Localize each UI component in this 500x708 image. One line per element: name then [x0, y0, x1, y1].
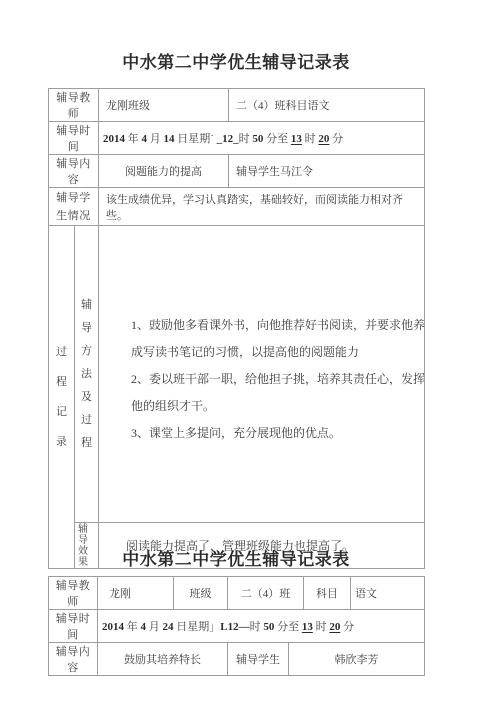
time-label: 辅导时间	[49, 122, 99, 155]
table-row: 辅导时间 2014 年 4 月 24 日星期」L12—时 50 分至 13 时 …	[49, 610, 425, 643]
method-line: 2、委以班干部一职，给他担子挑，培养其责任心，发挥	[131, 366, 412, 393]
time-value: 2014 年 4 月 14 日星期˙ _12_时 50 分至 13 时 20 分	[99, 122, 425, 155]
method-process-label: 辅导方法及过程	[75, 226, 99, 523]
student-value: 韩欣李芳	[289, 643, 425, 676]
record-table-1-title: 中水第二中学优生辅导记录表	[48, 50, 424, 76]
table-row: 辅导教师 龙刚 班级 二（4）班 科目 语文	[49, 577, 425, 610]
process-record-label: 过程记录	[49, 226, 75, 569]
student-value: 辅导学生马江令	[229, 155, 425, 188]
situation-value: 该生成绩优异，学习认真踏实，基础较好，而阅读能力相对齐些。	[99, 188, 425, 226]
table-row: 过程记录 辅导方法及过程 1、豉励他多看课外书，向他推荐好书阅读，并要求他养 成…	[49, 226, 425, 523]
table-row: 辅导时间 2014 年 4 月 14 日星期˙ _12_时 50 分至 13 时…	[49, 122, 425, 155]
scanned-document-page: 中水第二中学优生辅导记录表 辅导教师 龙刚班级 二（4）班科目语文 辅导时间 2…	[0, 0, 500, 708]
method-line: 1、豉励他多看课外书，向他推荐好书阅读，并要求他养	[131, 312, 412, 339]
tutoring-record-table-2: 辅导教师 龙刚 班级 二（4）班 科目 语文 辅导时间 2014 年 4 月 2…	[48, 576, 425, 676]
teacher-label: 辅导教师	[49, 577, 98, 610]
method-content: 1、豉励他多看课外书，向他推荐好书阅读，并要求他养 成写读书笔记的习惯，以提高他…	[101, 226, 422, 447]
student-label: 辅导学生	[228, 643, 289, 676]
record-table-2-title: 中水第二中学优生辅导记录表	[48, 547, 424, 573]
method-line: 他的组织才干。	[131, 393, 412, 420]
tutoring-record-table-1: 辅导教师 龙刚班级 二（4）班科目语文 辅导时间 2014 年 4 月 14 日…	[48, 88, 425, 569]
subject-label: 科目	[304, 577, 351, 610]
subject-value: 语文	[351, 577, 425, 610]
content-label: 辅导内容	[49, 643, 98, 676]
time-label: 辅导时间	[49, 610, 98, 643]
class-label: 班级	[174, 577, 228, 610]
table-row: 辅导教师 龙刚班级 二（4）班科目语文	[49, 89, 425, 122]
content-label: 辅导内容	[49, 155, 99, 188]
situation-label: 辅导学生情况	[49, 188, 99, 226]
teacher-value: 龙刚	[98, 577, 174, 610]
method-content-cell: 1、豉励他多看课外书，向他推荐好书阅读，并要求他养 成写读书笔记的习惯，以提高他…	[99, 226, 425, 523]
method-line: 成写读书笔记的习惯，以提高他的阅题能力	[131, 339, 412, 366]
class-value: 二（4）班	[228, 577, 304, 610]
content-value: 鼓励其培养特长	[98, 643, 228, 676]
method-line: 3、课堂上多提问，充分展现他的优点。	[131, 420, 412, 447]
table-row: 辅导内容 鼓励其培养特长 辅导学生 韩欣李芳	[49, 643, 425, 676]
table-row: 辅导学生情况 该生成绩优异，学习认真踏实，基础较好，而阅读能力相对齐些。	[49, 188, 425, 226]
table-row: 辅导内容 阅题能力的提高 辅导学生马江令	[49, 155, 425, 188]
time-value: 2014 年 4 月 24 日星期」L12—时 50 分至 13 时 20 分	[98, 610, 425, 643]
teacher-value: 龙刚班级	[99, 89, 229, 122]
content-value: 阅题能力的提高	[99, 155, 229, 188]
class-subject-value: 二（4）班科目语文	[229, 89, 425, 122]
teacher-label: 辅导教师	[49, 89, 99, 122]
